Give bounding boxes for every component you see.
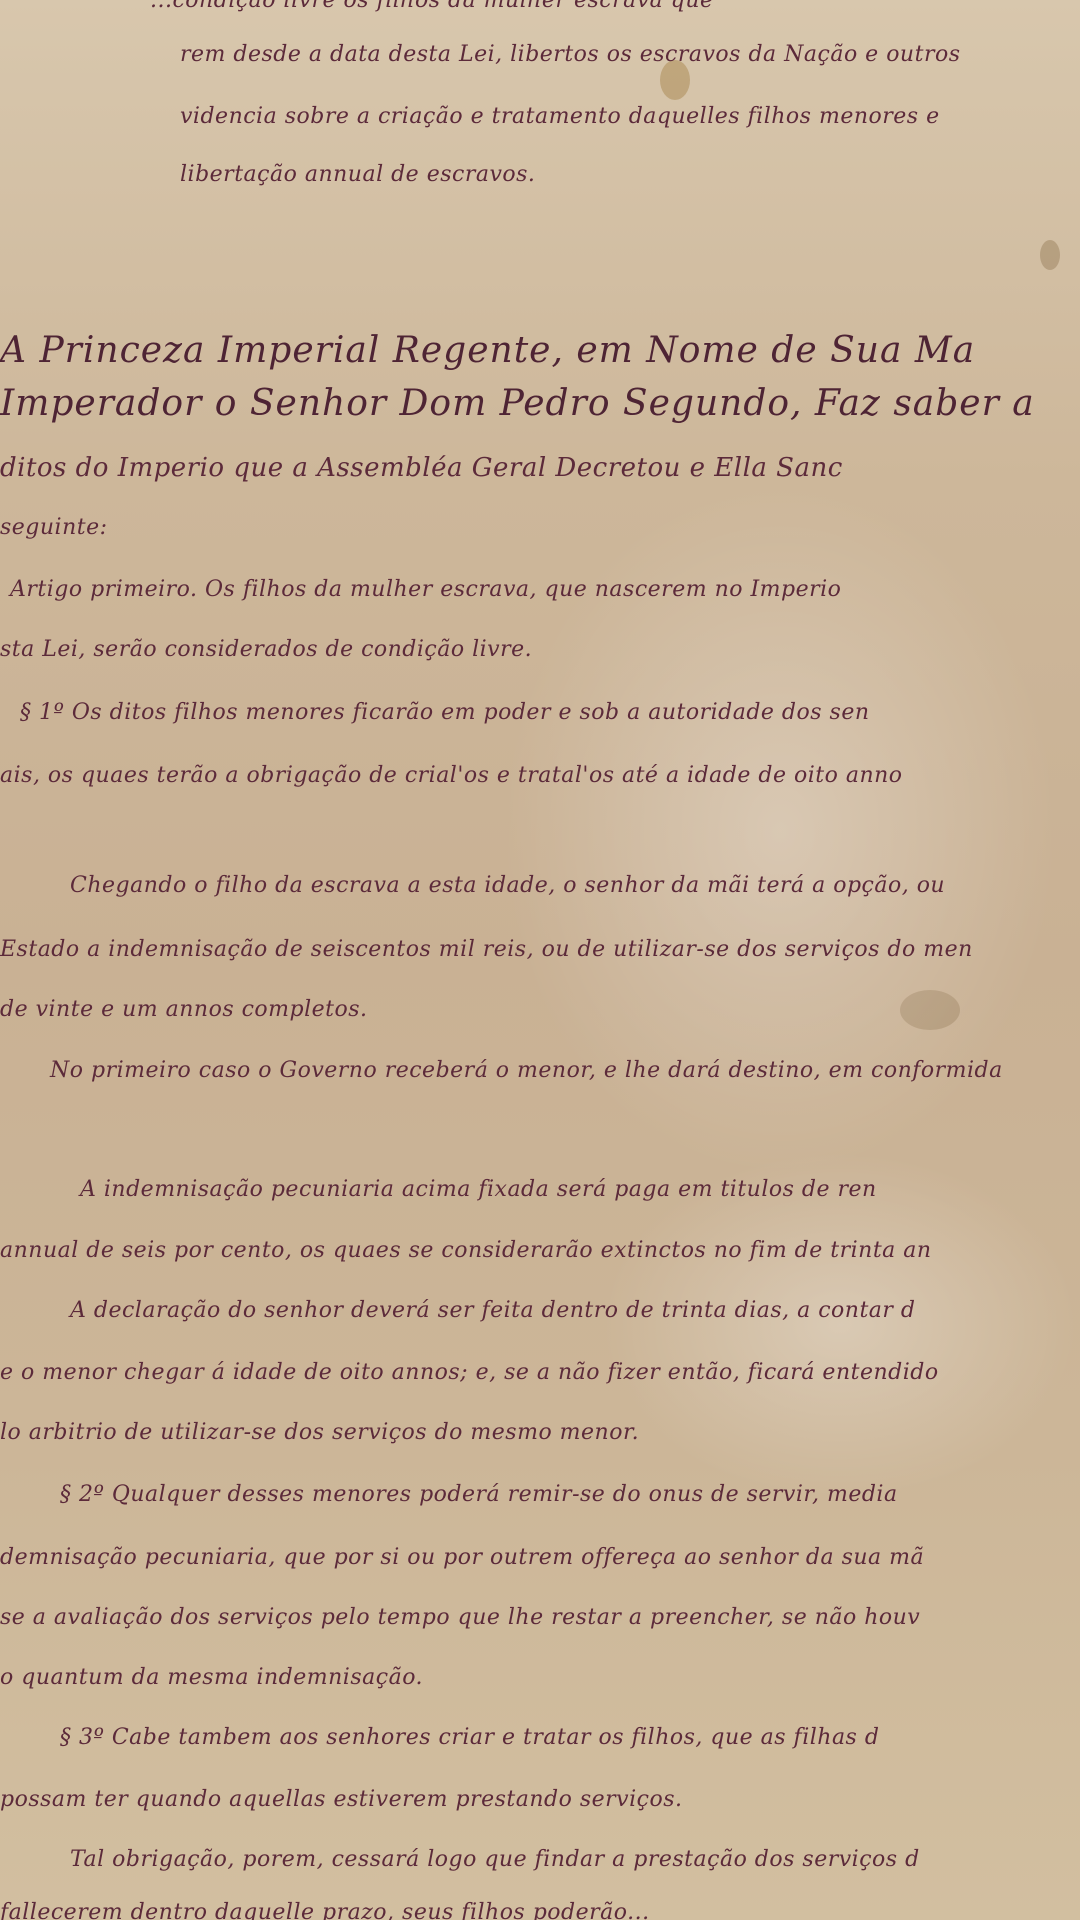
decree-heading: A Princeza Imperial Regente, em Nome de … [0,330,975,371]
text-line: A indemnisação pecuniaria acima fixada s… [80,1177,877,1202]
decree-heading: Imperador o Senhor Dom Pedro Segundo, Fa… [0,383,1035,424]
text-line: rem desde a data desta Lei, libertos os … [180,42,961,67]
text-line: Tal obrigação, porem, cessará logo que f… [70,1847,920,1872]
paragraph-heading: § 2º Qualquer desses menores poderá remi… [60,1482,898,1507]
text-line: e o menor chegar á idade de oito annos; … [0,1360,939,1385]
text-line: Estado a indemnisação de seiscentos mil … [0,937,973,962]
text-line: o quantum da mesma indemnisação. [0,1665,423,1690]
article-heading: Artigo primeiro. Os filhos da mulher esc… [10,577,841,602]
paragraph-heading: § 1º Os ditos filhos menores ficarão em … [20,700,870,725]
text-line: Chegando o filho da escrava a esta idade… [70,873,945,898]
text-line: videncia sobre a criação e tratamento da… [180,104,940,129]
text-line: ...condição livre os filhos da mulher es… [150,0,714,13]
text-line: lo arbitrio de utilizar-se dos serviços … [0,1420,639,1445]
text-line: possam ter quando aquellas estiverem pre… [0,1787,683,1812]
text-line: libertação annual de escravos. [180,162,535,187]
light-glare [600,1150,1080,1500]
text-line: seguinte: [0,515,108,540]
text-line: fallecerem dentro daquelle prazo, seus f… [0,1900,650,1920]
text-line: sta Lei, serão considerados de condição … [0,637,532,662]
text-line: annual de seis por cento, os quaes se co… [0,1238,932,1263]
paragraph-heading: § 3º Cabe tambem aos senhores criar e tr… [60,1725,879,1750]
text-line: demnisação pecuniaria, que por si ou por… [0,1545,924,1570]
text-line: se a avaliação dos serviços pelo tempo q… [0,1605,920,1630]
ink-stain [1040,240,1060,270]
ink-stain [900,990,960,1030]
manuscript-page: ...condição livre os filhos da mulher es… [0,0,1080,1920]
text-line: ditos do Imperio que a Assembléa Geral D… [0,453,843,483]
text-line: A declaração do senhor deverá ser feita … [70,1298,916,1323]
text-line: de vinte e um annos completos. [0,997,368,1022]
text-line: ais, os quaes terão a obrigação de crial… [0,763,903,788]
text-line: No primeiro caso o Governo receberá o me… [50,1058,1003,1083]
